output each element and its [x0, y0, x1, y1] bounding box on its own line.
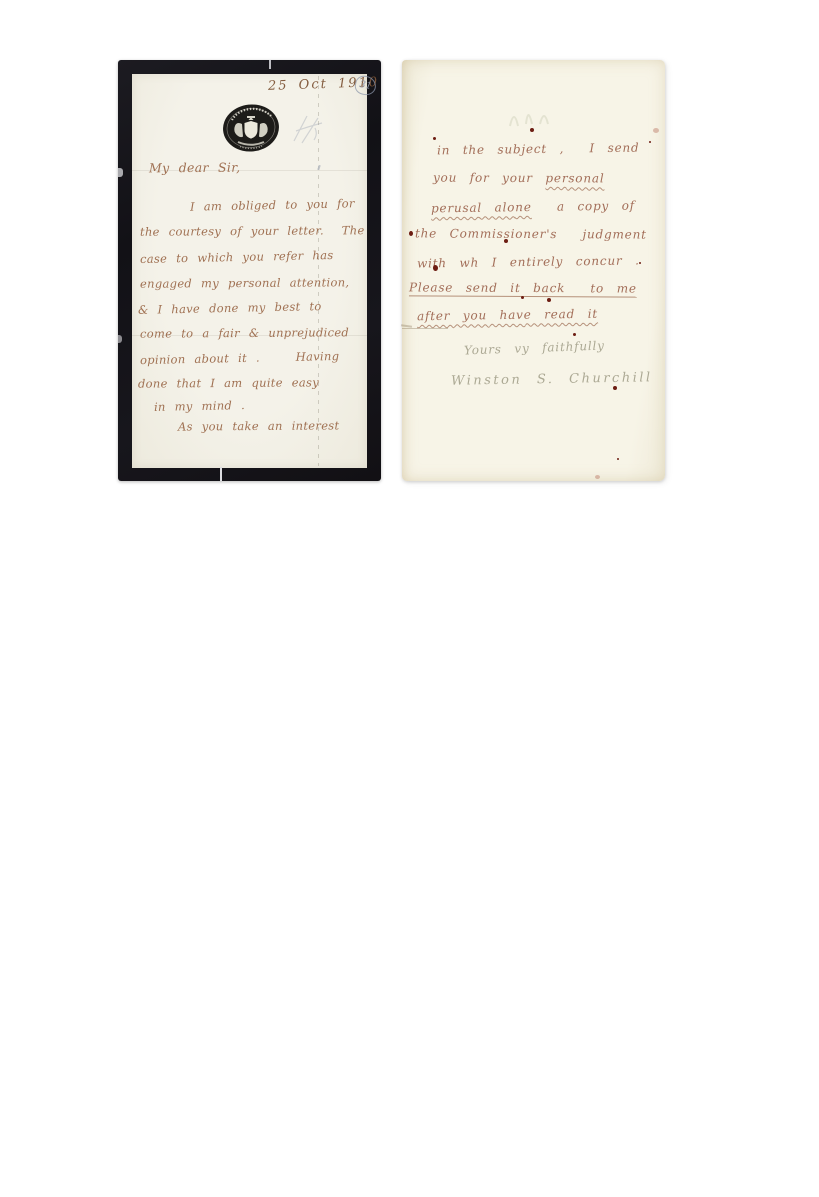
body-line: engaged my personal attention, [140, 277, 349, 290]
ink-spot [639, 262, 641, 264]
ink-spot [573, 333, 576, 336]
ink-smudge [653, 128, 659, 133]
salutation: My dear Sir, [149, 162, 240, 175]
line-segment: a copy of [532, 199, 635, 214]
line-segment: with wh I entirely concur . [417, 253, 640, 270]
body-line: the Commissioner's judgment [415, 227, 647, 240]
ink-spot [521, 296, 524, 299]
underlined-phrase: personal [545, 171, 604, 185]
letter-page-1: 25 Oct 1910 My dear Sir, I am obliged to… [118, 60, 381, 481]
valediction: Yours vy faithfully [464, 340, 605, 357]
ink-spot [530, 128, 534, 132]
body-line: opinion about it . Having [140, 351, 340, 367]
ink-spot [409, 231, 413, 236]
letter-page-2: in the subject , I send you for your per… [402, 60, 665, 481]
fold-crease [402, 328, 448, 329]
letter-paper-1: 25 Oct 1910 My dear Sir, I am obliged to… [132, 74, 367, 468]
body-line: with wh I entirely concur . [417, 254, 640, 269]
body-line: the courtesy of your letter. The [140, 225, 365, 238]
letter-scan: 25 Oct 1910 My dear Sir, I am obliged to… [0, 0, 819, 1197]
underlined-phrase: after you have read it [417, 307, 598, 324]
border-crack [269, 60, 271, 69]
body-line: after you have read it [417, 308, 598, 323]
signature: Winston S. Churchill [451, 371, 653, 388]
body-line: As you take an interest [178, 420, 339, 433]
underlined-phrase: perusal alone [431, 200, 532, 215]
border-notch [118, 168, 123, 177]
ink-spot [433, 137, 436, 140]
pencil-annotation [287, 112, 329, 148]
ink-smudge [595, 475, 600, 479]
vertical-fold-crease [318, 76, 319, 466]
body-line: come to a fair & unprejudiced [140, 327, 349, 340]
border-crack [220, 467, 222, 481]
body-line: case to which you refer has [140, 250, 334, 266]
ink-spot [649, 141, 651, 143]
ink-spot [433, 265, 438, 271]
line-segment: in the subject , I send [437, 141, 640, 158]
ink-spot [504, 239, 508, 243]
body-line: in my mind . [154, 400, 245, 413]
line-segment: the Commissioner's judgment [415, 226, 647, 241]
line-segment: you for your [433, 171, 546, 186]
ink-spot [613, 386, 617, 390]
body-line: you for your personal [433, 172, 605, 185]
body-line: done that I am quite easy [138, 377, 319, 390]
underlined-phrase: Please send it back to me [409, 280, 637, 295]
body-line: & I have done my best to [138, 301, 322, 316]
royal-coat-of-arms-seal-icon [222, 103, 280, 153]
ink-spot [547, 298, 551, 302]
body-line: perusal alone a copy of [431, 200, 635, 215]
border-notch [118, 335, 122, 343]
body-line: Please send it back to me [409, 281, 637, 294]
ink-spot [617, 458, 619, 460]
body-line: in the subject , I send [437, 142, 640, 157]
body-line: I am obliged to you for [190, 198, 355, 213]
